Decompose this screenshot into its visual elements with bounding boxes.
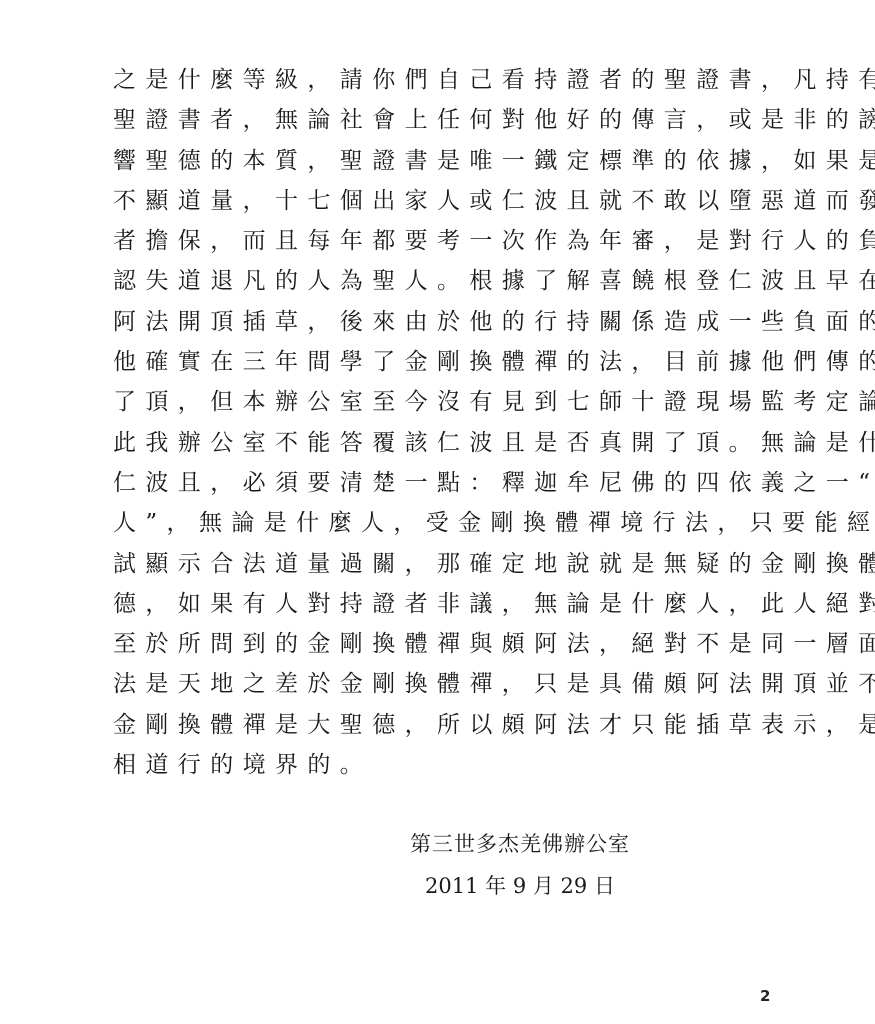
body-line: 者擔保，而且每年都要考一次作為年審，是對行人的負責，以免誤 bbox=[113, 221, 793, 261]
signature-date: 2011 年 9 月 29 日 bbox=[340, 870, 700, 900]
signature-organization: 第三世多杰羌佛辦公室 bbox=[340, 828, 700, 858]
body-line: 他確實在三年間學了金剛換體禪的法，目前據他們傳的資料顯示開 bbox=[113, 342, 793, 382]
document-body: 之是什麼等級，請你們自己看持證者的聖證書，凡持有七師十證的 聖證書者，無論社會上… bbox=[113, 60, 793, 785]
body-line: 響聖德的本質，聖證書是唯一鐵定標準的依據，如果是假的開頂， bbox=[113, 141, 793, 181]
body-line: 聖證書者，無論社會上任何對他好的傳言，或是非的謗言，都不影 bbox=[113, 100, 793, 140]
body-line: 了頂，但本辦公室至今沒有見到七師十證現場監考定論的結果，因 bbox=[113, 382, 793, 422]
body-line: 試顯示合法道量過關，那確定地說就是無疑的金剛換體禪境行大聖 bbox=[113, 544, 793, 584]
body-line: 金剛換體禪是大聖德，所以頗阿法才只能插草表示，是沒有展顯實 bbox=[113, 705, 793, 745]
body-line: 之是什麼等級，請你們自己看持證者的聖證書，凡持有七師十證的 bbox=[113, 60, 793, 100]
body-line: 相道行的境界的。 bbox=[113, 745, 793, 785]
document-page: 之是什麼等級，請你們自己看持證者的聖證書，凡持有七師十證的 聖證書者，無論社會上… bbox=[0, 0, 875, 1024]
page-number: 2 bbox=[760, 987, 770, 1005]
body-line: 阿法開頂插草，後來由於他的行持關係造成一些負面的傳言，但是 bbox=[113, 302, 793, 342]
body-line: 認失道退凡的人為聖人。根據了解喜饒根登仁波且早在十年前是頗 bbox=[113, 261, 793, 301]
body-line: 法是天地之差於金剛換體禪，只是具備頗阿法開頂並不是聖德，而 bbox=[113, 664, 793, 704]
body-line: 不顯道量，十七個出家人或仁波且就不敢以墮惡道而發誓為未開頂 bbox=[113, 181, 793, 221]
body-line: 仁波且，必須要清楚一點：釋迦牟尼佛的四依義之一“依法不依 bbox=[113, 463, 793, 503]
body-line: 人”，無論是什麼人，受金剛換體禪境行法，只要能經七師十證考 bbox=[113, 503, 793, 543]
body-line: 此我辦公室不能答覆該仁波且是否真開了頂。無論是什麼樣的大德、 bbox=[113, 423, 793, 463]
body-line: 至於所問到的金剛換體禪與頗阿法，絕對不是同一層面的法，頗阿 bbox=[113, 624, 793, 664]
body-line: 德，如果有人對持證者非議，無論是什麼人，此人絕對知見不正。 bbox=[113, 584, 793, 624]
